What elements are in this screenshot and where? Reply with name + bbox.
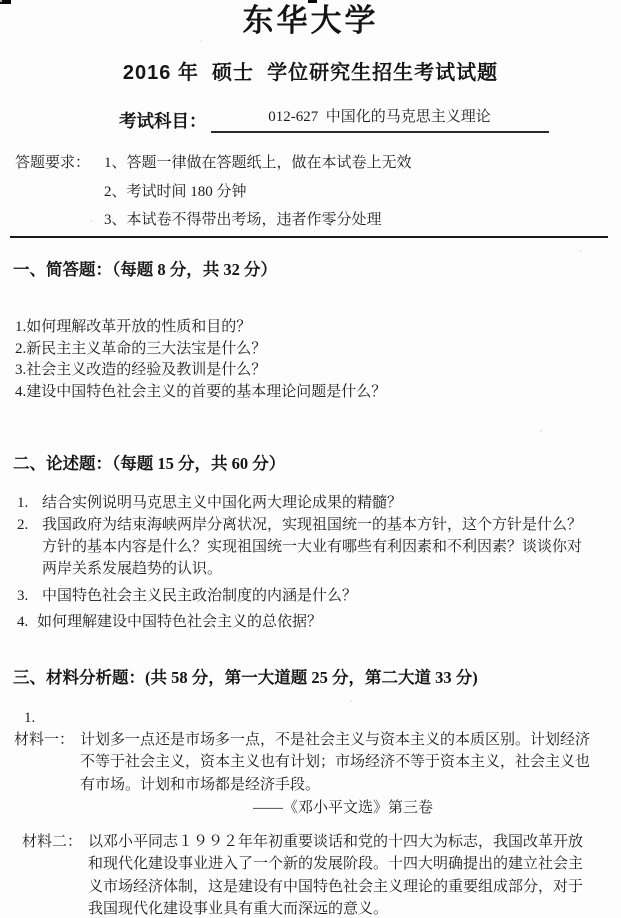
question-line: 两岸关系发展趋势的认识。	[42, 558, 582, 580]
exam-title-line: 2016 年 硕士 学位研究生招生考试试题	[0, 60, 621, 86]
answer-requirements: 答题要求： 1、答题一律做在答题纸上，做在本试卷上无效 2、考试时间 180 分…	[15, 149, 412, 235]
question-text: 如何理解建设中国特色社会主义的总依据？	[37, 611, 322, 633]
question: 4. 如何理解建设中国特色社会主义的总依据？	[17, 611, 611, 633]
question-number: 1.	[17, 492, 42, 514]
material-label: 材料一：	[14, 729, 80, 819]
material-line: 计划多一点还是市场多一点，不是社会主义与资本主义的本质区别。计划经济	[80, 729, 590, 751]
material-line: 不等于社会主义，资本主义也有计划；市场经济不等于资本主义，社会主义也	[80, 751, 590, 773]
requirement-item: 2、考试时间 180 分钟	[104, 178, 412, 207]
section-one-heading: 一、简答题：（每题 8 分，共 32 分）	[13, 258, 277, 281]
university-title: 东华大学	[0, 4, 621, 38]
question-line: 我国政府为结束海峡两岸分离状况，实现祖国统一的基本方针，这个方针是什么？	[42, 514, 582, 536]
subject-row: 考试科目： 012-627 中国化的马克思主义理论	[119, 106, 549, 133]
requirements-list: 1、答题一律做在答题纸上，做在本试卷上无效 2、考试时间 180 分钟 3、本试…	[104, 149, 412, 235]
question-number: 4.	[17, 611, 37, 633]
question-number: 3.	[17, 585, 42, 607]
material-one: 材料一： 计划多一点还是市场多一点，不是社会主义与资本主义的本质区别。计划经济 …	[14, 729, 590, 819]
material-set-number: 1.	[24, 708, 35, 728]
question-text: 我国政府为结束海峡两岸分离状况，实现祖国统一的基本方针，这个方针是什么？ 方针的…	[42, 514, 582, 580]
requirement-item: 3、本试卷不得带出考场，违者作零分处理	[104, 206, 412, 235]
requirements-label: 答题要求：	[15, 149, 90, 235]
section-two-questions: 1. 结合实例说明马克思主义中国化两大理论成果的精髓？ 2. 我国政府为结束海峡…	[17, 492, 611, 633]
subject-value: 012-627 中国化的马克思主义理论	[211, 106, 549, 133]
material-two: 材料二： 以邓小平同志１９９２年年初重要谈话和党的十四大为标志，我国改革开放 和…	[22, 831, 583, 918]
section-two-heading: 二、论述题：（每题 15 分，共 60 分）	[13, 452, 285, 475]
question-text: 结合实例说明马克思主义中国化两大理论成果的精髓？	[42, 492, 402, 514]
material-line: 以邓小平同志１９９２年年初重要谈话和党的十四大为标志，我国改革开放	[88, 831, 583, 853]
material-body: 以邓小平同志１９９２年年初重要谈话和党的十四大为标志，我国改革开放 和现代化建设…	[88, 831, 583, 918]
subject-label: 考试科目：	[119, 109, 207, 133]
requirement-item: 1、答题一律做在答题纸上，做在本试卷上无效	[104, 149, 412, 178]
question-number: 2.	[17, 514, 42, 580]
section-three-heading: 三、材料分析题：(共 58 分，第一大道题 25 分，第二大道 33 分)	[13, 666, 478, 689]
question-line: 方针的基本内容是什么？实现祖国统一大业有哪些有利因素和不利因素？谈谈你对	[42, 536, 582, 558]
material-body: 计划多一点还是市场多一点，不是社会主义与资本主义的本质区别。计划经济 不等于社会…	[80, 729, 590, 819]
question: 3.社会主义改造的经验及教训是什么？	[15, 360, 386, 382]
material-line: 有市场。计划和市场都是经济手段。	[80, 774, 590, 796]
question: 2.新民主主义革命的三大法宝是什么？	[15, 339, 386, 361]
question: 2. 我国政府为结束海峡两岸分离状况，实现祖国统一的基本方针，这个方针是什么？ …	[17, 514, 611, 580]
divider	[10, 236, 608, 238]
scan-noise	[0, 0, 2, 2]
section-one-questions: 1.如何理解改革开放的性质和目的？ 2.新民主主义革命的三大法宝是什么？ 3.社…	[15, 317, 386, 403]
material-line: 义市场经济体制，这是建设有中国特色社会主义理论的重要组成部分，对于	[88, 876, 583, 898]
question: 1. 结合实例说明马克思主义中国化两大理论成果的精髓？	[17, 492, 611, 514]
question-text: 中国特色社会主义民主政治制度的内涵是什么？	[42, 585, 357, 607]
material-line: 和现代化建设事业进入了一个新的发展阶段。十四大明确提出的建立社会主	[88, 853, 583, 875]
attribution: ——《邓小平文选》第三卷	[80, 797, 590, 819]
material-line: 我国现代化建设事业具有重大而深远的意义。	[88, 898, 583, 918]
exam-paper-page: 东华大学 2016 年 硕士 学位研究生招生考试试题 考试科目： 012-627…	[0, 0, 621, 918]
question: 4.建设中国特色社会主义的首要的基本理论问题是什么？	[15, 382, 386, 404]
question: 1.如何理解改革开放的性质和目的？	[15, 317, 386, 339]
question: 3. 中国特色社会主义民主政治制度的内涵是什么？	[17, 585, 611, 607]
material-label: 材料二：	[22, 831, 88, 918]
